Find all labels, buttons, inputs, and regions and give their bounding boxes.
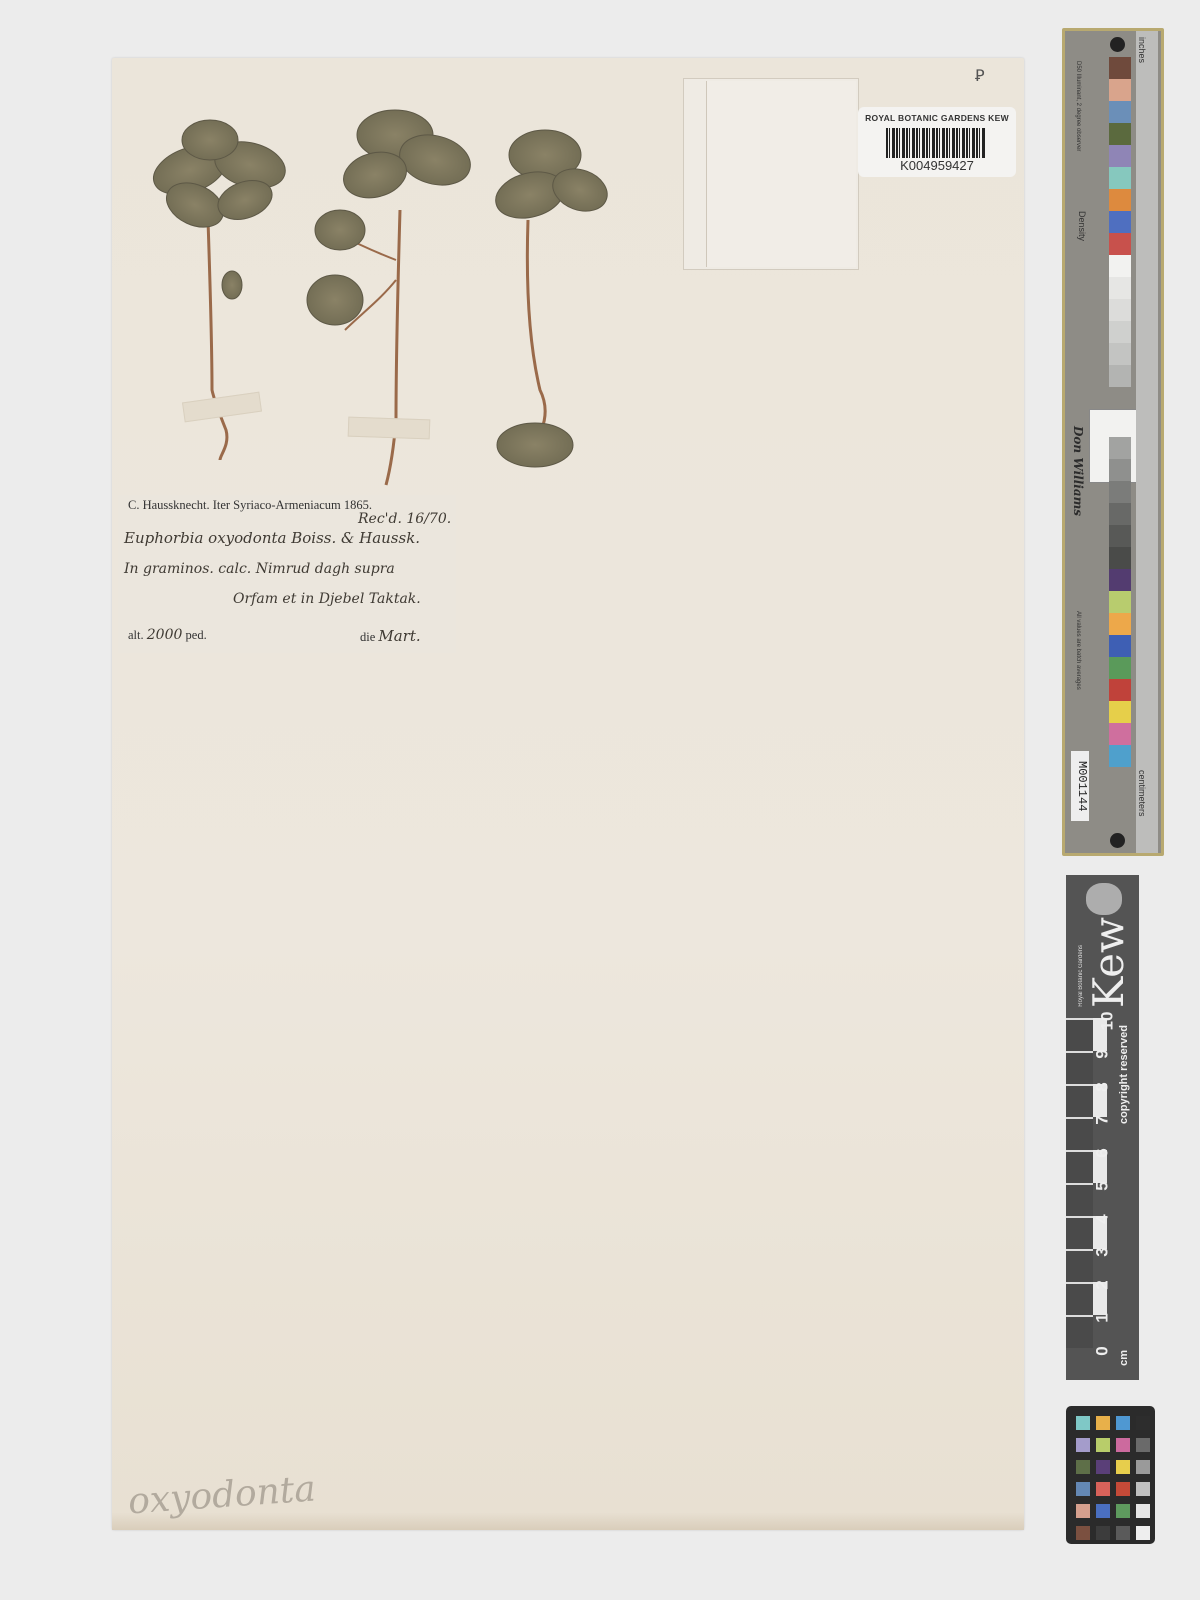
colour-patch: [1109, 701, 1131, 723]
strip-disclaimer: All values are batch averages: [1075, 611, 1081, 690]
colour-patch: [1109, 145, 1131, 167]
ruler-numbers: 109876543210: [1096, 1015, 1132, 1377]
altitude-unit: ped.: [186, 628, 207, 642]
date-prefix: die: [360, 630, 375, 644]
ruler-number: 7: [1093, 1115, 1113, 1124]
packet-flap: [706, 81, 856, 267]
checker-cell: [1116, 1482, 1130, 1496]
corner-mark: Ꝑ: [975, 66, 985, 85]
colour-patch: [1109, 299, 1131, 321]
ruler-segment: [1066, 1084, 1093, 1117]
colour-patch: [1109, 437, 1131, 459]
checker-cell: [1136, 1438, 1150, 1452]
hole-icon: [1110, 37, 1125, 52]
checker-cell: [1116, 1526, 1130, 1540]
colour-patch: [1109, 613, 1131, 635]
colour-patch: [1109, 255, 1131, 277]
ruler-segment: [1066, 1282, 1093, 1315]
institution-name: ROYAL BOTANIC GARDENS KEW: [858, 113, 1016, 123]
checker-grid: [1076, 1416, 1150, 1540]
colour-patch: [1109, 233, 1131, 255]
ruler-number: 5: [1093, 1181, 1113, 1190]
checker-cell: [1096, 1416, 1110, 1430]
ruler-number: 2: [1093, 1280, 1113, 1289]
colour-checker-card: [1066, 1406, 1155, 1544]
colour-patch: [1109, 123, 1131, 145]
colour-patch: [1109, 679, 1131, 701]
inch-cm-scale: [1136, 31, 1158, 853]
colour-patches: [1109, 57, 1131, 767]
mounting-strap-2: [348, 417, 431, 440]
colour-patch: [1109, 569, 1131, 591]
checker-cell: [1116, 1416, 1130, 1430]
barcode-icon: [886, 128, 986, 158]
checker-cell: [1076, 1504, 1090, 1518]
ruler-number: 4: [1093, 1214, 1113, 1223]
ruler-bars: [1066, 1018, 1093, 1380]
ruler-segment: [1066, 1216, 1093, 1249]
altitude-prefix: alt.: [128, 628, 144, 642]
kew-logo: Kew: [1084, 917, 1133, 1008]
ruler-segment: [1066, 1117, 1093, 1150]
checker-cell: [1136, 1526, 1150, 1540]
strip-code: M001144: [1071, 751, 1089, 821]
checker-cell: [1076, 1460, 1090, 1474]
label-date: die Mart.: [360, 627, 421, 645]
ruler-segment: [1066, 1018, 1093, 1051]
label-taxon-name: Euphorbia oxyodonta Boiss. & Haussk.: [124, 529, 420, 547]
colour-patch: [1109, 547, 1131, 569]
colour-patch: [1109, 211, 1131, 233]
checker-cell: [1116, 1504, 1130, 1518]
hole-icon: [1110, 833, 1125, 848]
checker-cell: [1096, 1526, 1110, 1540]
date-value: Mart.: [378, 627, 420, 645]
altitude-value: 2000: [147, 627, 183, 643]
colour-patch: [1109, 723, 1131, 745]
ruler-segment: [1066, 1249, 1093, 1282]
ruler-segment: [1066, 1315, 1093, 1348]
checker-cell: [1076, 1416, 1090, 1430]
ruler-number: 8: [1093, 1082, 1113, 1091]
sheet-aged-edge: [112, 1512, 1024, 1530]
checker-cell: [1136, 1482, 1150, 1496]
colour-patch: [1109, 277, 1131, 299]
checker-cell: [1096, 1482, 1110, 1496]
checker-cell: [1136, 1504, 1150, 1518]
collection-label: C. Haussknecht. Iter Syriaco-Armeniacum …: [118, 495, 456, 653]
checker-cell: [1136, 1460, 1150, 1474]
checker-cell: [1116, 1438, 1130, 1452]
barcode-label: ROYAL BOTANIC GARDENS KEW K004959427: [858, 107, 1016, 177]
colour-patch: [1109, 481, 1131, 503]
colour-calibration-strip: D50 Illuminant, 2 degree observer Densit…: [1062, 28, 1164, 856]
colour-patch: [1109, 321, 1131, 343]
colour-patch: [1109, 503, 1131, 525]
colour-patch: [1109, 57, 1131, 79]
colour-patch: [1109, 635, 1131, 657]
ruler-number: 1: [1093, 1313, 1113, 1322]
colour-patch: [1109, 79, 1131, 101]
checker-cell: [1096, 1504, 1110, 1518]
colour-patch: [1109, 167, 1131, 189]
label-altitude: alt. 2000 ped.: [128, 627, 207, 643]
label-printed-header: C. Haussknecht. Iter Syriaco-Armeniacum …: [128, 498, 372, 513]
plant-3: [490, 130, 613, 467]
checker-cell: [1096, 1438, 1110, 1452]
ruler-number: 10: [1097, 1012, 1117, 1031]
centimeters-label: centimeters: [1137, 770, 1147, 817]
label-received-date: Rec'd. 16/70.: [358, 511, 451, 527]
ruler-number: 9: [1093, 1049, 1113, 1058]
colour-patch: [1109, 525, 1131, 547]
colour-patch: [1109, 343, 1131, 365]
colour-patch: [1109, 745, 1131, 767]
checker-cell: [1116, 1460, 1130, 1474]
fragment-packet[interactable]: [683, 78, 859, 270]
ruler-number: 6: [1093, 1148, 1113, 1157]
label-locality-line-2: Orfam et in Djebel Taktak.: [233, 591, 421, 607]
colour-patch: [1109, 189, 1131, 211]
ruler-number: 0: [1093, 1346, 1113, 1355]
colour-patch: [1109, 459, 1131, 481]
strip-brand: Don Williams: [1071, 426, 1085, 516]
checker-cell: [1076, 1482, 1090, 1496]
ruler-number: 3: [1093, 1247, 1113, 1256]
colour-patch: [1109, 591, 1131, 613]
density-label: Density: [1077, 211, 1087, 241]
checker-cell: [1076, 1526, 1090, 1540]
kew-subtitle: Royal Botanic Gardens: [1078, 945, 1084, 1007]
kew-scale-ruler: Kew Royal Botanic Gardens copyright rese…: [1066, 875, 1139, 1380]
ruler-segment: [1066, 1183, 1093, 1216]
illuminant-note: D50 Illuminant, 2 degree observer: [1075, 61, 1081, 151]
checker-cell: [1136, 1416, 1150, 1430]
colour-patch: [1109, 657, 1131, 679]
checker-cell: [1096, 1460, 1110, 1474]
checker-cell: [1076, 1438, 1090, 1452]
kew-crest-icon: [1086, 883, 1122, 915]
barcode-number: K004959427: [858, 158, 1016, 173]
ruler-segment: [1066, 1051, 1093, 1084]
colour-patch: [1109, 365, 1131, 387]
ruler-segment: [1066, 1150, 1093, 1183]
colour-patch: [1109, 101, 1131, 123]
ruler-unit: cm: [1118, 1350, 1130, 1366]
label-locality-line-1: In graminos. calc. Nimrud dagh supra: [124, 561, 395, 577]
inches-label: inches: [1137, 37, 1147, 63]
